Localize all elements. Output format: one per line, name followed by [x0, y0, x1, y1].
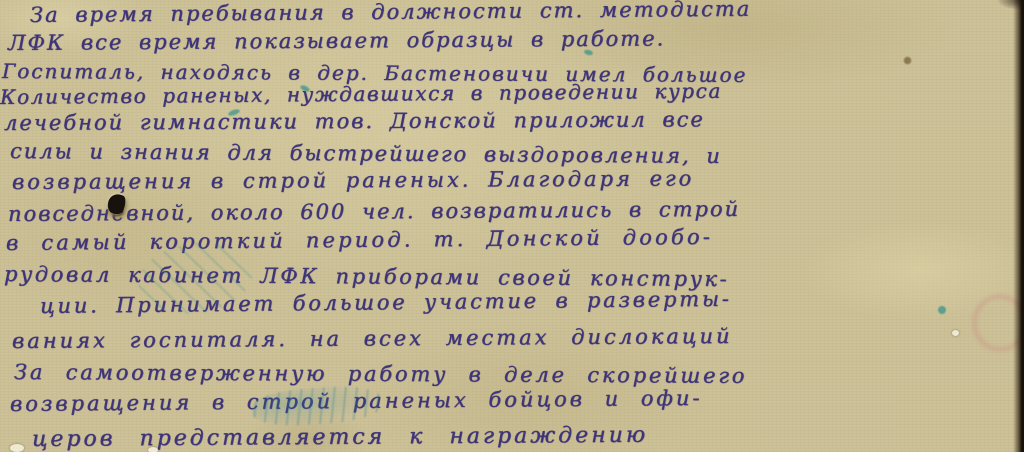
- paper-stain-speck: [903, 56, 912, 65]
- handwritten-line: силы и знания для быстрейшего выздоровле…: [10, 139, 722, 168]
- handwritten-text-block: За время пребывания в должности ст. мето…: [0, 0, 1024, 452]
- handwritten-line: ваниях госпиталя. на всех местах дислока…: [12, 324, 733, 353]
- handwritten-line: лечебной гимнастики тов. Донской приложи…: [4, 107, 705, 135]
- handwritten-line: церов представляется к награждению: [32, 423, 648, 452]
- paper-chip: [952, 330, 959, 336]
- handwritten-line: в самый короткий период. т. Донской дооб…: [6, 225, 713, 255]
- handwritten-line: За время пребывания в должности ст. мето…: [30, 0, 751, 27]
- dark-right-edge: [1013, 0, 1024, 452]
- handwritten-line: За самоотверженную работу в деле скорейш…: [14, 360, 747, 388]
- paper-chip: [148, 447, 158, 452]
- teal-ink-speck: [938, 306, 946, 314]
- handwritten-line: возвращения в строй раненых. Благодаря е…: [12, 166, 694, 194]
- paper-chip: [10, 444, 24, 452]
- handwritten-line: ЛФК все время показывает образцы в работ…: [8, 26, 665, 55]
- handwritten-line: Количество раненых, нуждавшихся в провед…: [0, 79, 722, 109]
- handwritten-line: рудовал кабинет ЛФК приборами своей конс…: [4, 262, 729, 291]
- manuscript-page: За время пребывания в должности ст. мето…: [0, 0, 1024, 452]
